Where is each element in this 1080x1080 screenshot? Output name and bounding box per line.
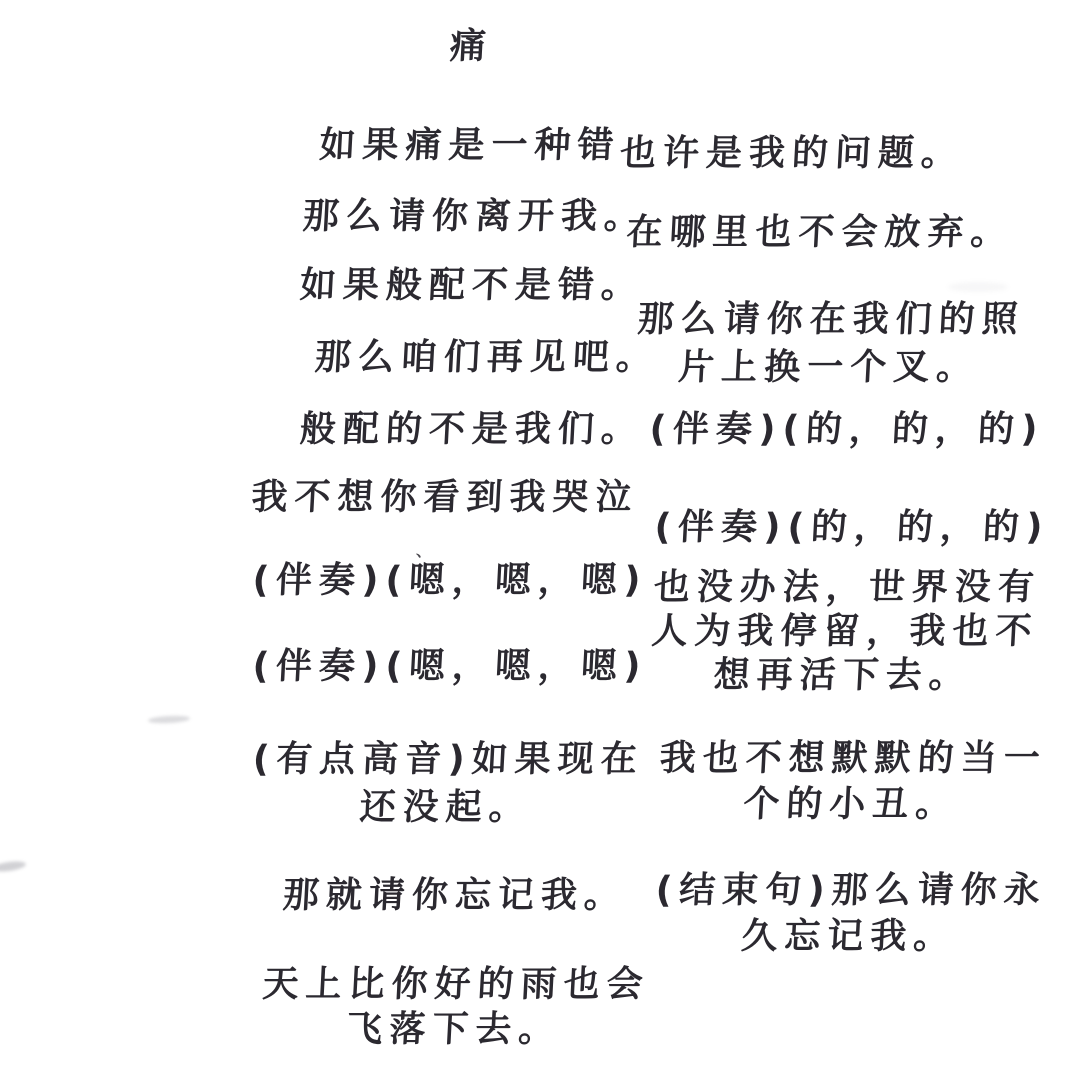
lyric-line: 天上比你好的雨也会 飞落下去。	[233, 962, 678, 1052]
lyric-line: (伴奏)(嗯，嗯，嗯)	[229, 557, 671, 604]
lyric-line: (有点高音)如果现在 还没起。	[224, 736, 669, 832]
lyric-line: (伴奏)(嗯，嗯，嗯)	[229, 643, 671, 690]
lyric-line: 在哪里也不会放弃。	[599, 209, 1041, 256]
lyrics-page: 痛 如果痛是一种错 那么请你离开我。 如果般配不是错。 那么咱们再见吧。 般配的…	[0, 0, 1080, 1080]
lyric-line: (结束句)那么请你永 久忘记我。	[628, 868, 1073, 960]
lyric-line: (伴奏)(的，的，的)	[626, 406, 1068, 453]
lyric-line: 也许是我的问题。	[571, 130, 1013, 177]
stray-accent-mark: 、	[416, 540, 431, 561]
lyric-line: 我不想你看到我哭泣	[224, 474, 666, 521]
scan-smudge	[948, 282, 1008, 292]
lyric-line: (伴奏)(的，的，的)	[631, 504, 1073, 551]
lyric-line: 也没办法，世界没有 人为我停留，我也不 想再活下去。	[622, 566, 1069, 698]
scan-smudge	[148, 715, 190, 724]
lyric-line: 我也不想默默的当一 个的小丑。	[630, 736, 1075, 828]
lyric-line: 那就请你忘记我。	[234, 872, 676, 919]
lyric-line: 那么请你在我们的照 片上换一个叉。	[607, 296, 1052, 392]
page-title: 痛	[379, 18, 562, 69]
scan-smudge	[0, 860, 26, 874]
